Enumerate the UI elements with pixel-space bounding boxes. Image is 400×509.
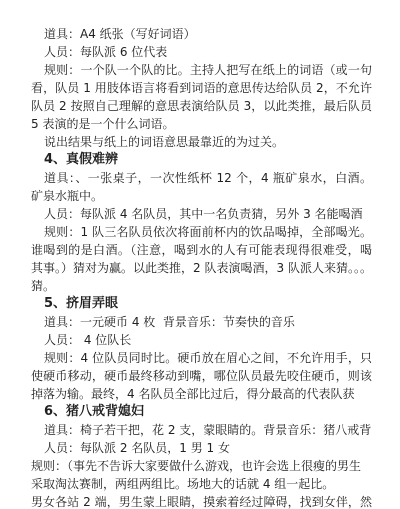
text-line: 采取淘汰赛制，两组两组比。场地大的话就 4 组一起比。 — [31, 475, 372, 493]
text-line: 男女各站 2 端，男生蒙上眼睛，摸索着经过障碍，找到女伴，然后背上女生，女 — [31, 493, 372, 509]
text-line: 看，队员 1 用肢体语言将看到词语的意思传达给队员 2，不允许咬嘴型，不允许发声… — [31, 79, 372, 97]
text-line: 猜。 — [31, 277, 372, 295]
text-line: 使硬币移动，硬币最终移动到嘴，哪位队员最先咬住硬币，则该队得一分。中途硬币 — [31, 367, 372, 385]
text-line: 说出结果与纸上的词语意思最靠近的为过关。 — [31, 133, 372, 151]
section-heading: 5、挤眉弄眼 — [31, 295, 372, 313]
text-line: 人员：每队派 4 名队员，其中一名负责猜，另外 3 名能喝酒的负责表演品酒。 — [31, 205, 372, 223]
document-page: 道具：A4 纸张（写好词语）人员：每队派 6 位代表规则：一个队一个队的比。主持… — [0, 0, 400, 509]
text-line: 规则：一个队一个队的比。主持人把写在纸上的词语（或一句话）给第一位队员 — [31, 61, 372, 79]
text-line: 人员：每队派 2 名队员，1 男 1 女 — [31, 439, 372, 457]
text-line: 其事。）猜对为赢。以此类推，2 队表演喝酒，3 队派人来猜。。。4 队表演喝酒，… — [31, 259, 372, 277]
text-line: 道具：椅子若干把，花 2 支，蒙眼睛的。背景音乐：猪八戒背媳妇曲 — [31, 421, 372, 439]
section-heading: 4、真假难辨 — [31, 151, 372, 169]
text-line: 规则：1 队三名队员依次将面前杯内的饮品喝掉，全部喝光。2 队一名队员来猜， — [31, 223, 372, 241]
section-heading: 6、猪八戒背媳妇 — [31, 403, 372, 421]
text-line: 人员：每队派 6 位代表 — [31, 43, 372, 61]
text-line: 矿泉水瓶中。 — [31, 187, 372, 205]
text-line: 道具：一元硬币 4 枚 背景音乐：节奏快的音乐 — [31, 313, 372, 331]
document-section: 道具：A4 纸张（写好词语）人员：每队派 6 位代表规则：一个队一个队的比。主持… — [31, 25, 372, 151]
document-section: 5、挤眉弄眼道具：一元硬币 4 枚 背景音乐：节奏快的音乐人员： 4 位队长规则… — [31, 295, 372, 403]
document-section: 6、猪八戒背媳妇道具：椅子若干把，花 2 支，蒙眼睛的。背景音乐：猪八戒背媳妇曲… — [31, 403, 372, 509]
text-line: 队员 2 按照自己理解的意思表演给队员 3，以此类推，最后队员 6 告诉大家他认… — [31, 97, 372, 115]
text-line: 掉落为输。最终，4 名队员全部比过后，得分最高的代表队获胜。 — [31, 385, 372, 403]
text-line: 道具：、一张桌子，一次性纸杯 12 个，4 瓶矿泉水，白酒。提前将白酒倒入一个空 — [31, 169, 372, 187]
document-body: 道具：A4 纸张（写好词语）人员：每队派 6 位代表规则：一个队一个队的比。主持… — [31, 25, 372, 509]
text-line: 人员： 4 位队长 — [31, 331, 372, 349]
text-line: 谁喝到的是白酒。（注意，喝到水的人有可能表现得很难受，喝到酒的人可能装作若无 — [31, 241, 372, 259]
text-line: 5 表演的是一个什么词语。 — [31, 115, 372, 133]
document-section: 4、真假难辨道具：、一张桌子，一次性纸杯 12 个，4 瓶矿泉水，白酒。提前将白… — [31, 151, 372, 295]
text-line: 规则：（事先不告诉大家要做什么游戏，也许会选上很瘦的男生或很胖的女生） — [31, 457, 372, 475]
text-line: 规则：4 位队员同时比。硬币放在眉心之间，不允许用手，只能靠自己的脸部肌肉 — [31, 349, 372, 367]
text-line: 道具：A4 纸张（写好词语） — [31, 25, 372, 43]
